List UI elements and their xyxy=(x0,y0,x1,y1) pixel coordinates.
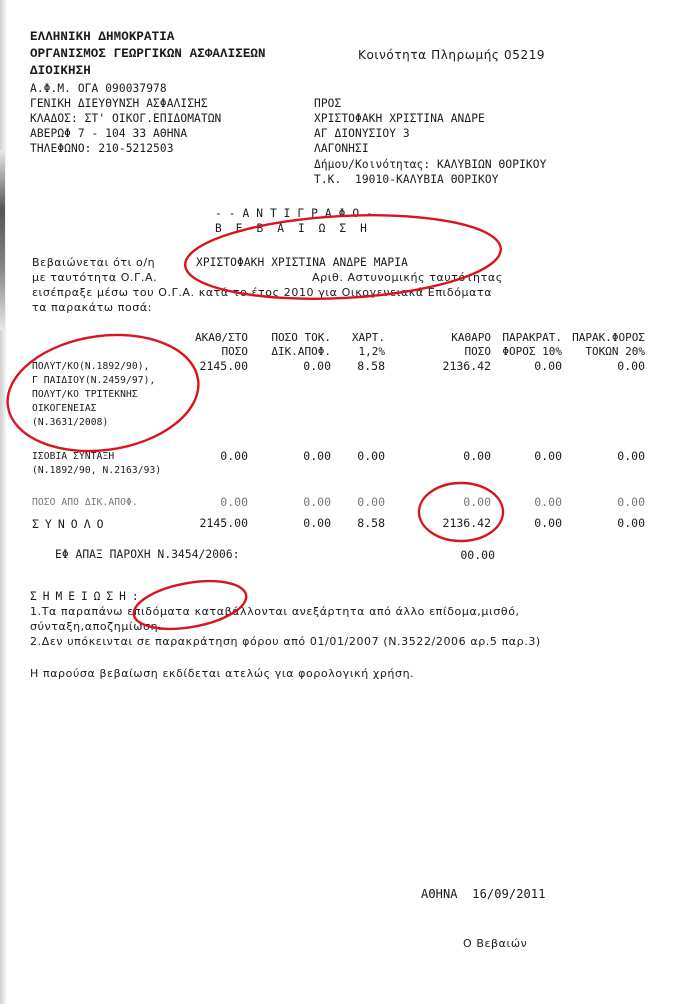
column-header: 1,2% xyxy=(295,345,385,359)
note-2: 2.Δεν υπόκεινται σε παρακράτηση φόρου απ… xyxy=(30,635,541,649)
row-label: ΟΙΚΟΓΕΝΕΙΑΣ xyxy=(32,402,97,416)
recipient-to-label: ΠΡΟΣ xyxy=(314,97,341,111)
lump-sum-value: 00.00 xyxy=(400,548,495,562)
column-header: ΠΟΣΟ xyxy=(158,345,248,359)
recipient-name: ΧΡΙΣΤΟΦΑΚΗ ΧΡΙΣΤΙΝΑ ΑΝΔΡΕ xyxy=(314,112,485,126)
signatory: Ο Βεβαιών xyxy=(463,937,527,951)
row-label: (Ν.3631/2008) xyxy=(32,416,108,430)
note-1: 1.Τα παραπάνω επιδόματα καταβάλλονται αν… xyxy=(30,605,520,619)
column-header: ΑΚΑΘ/ΣΤΟ xyxy=(158,331,248,345)
cell-value: 0.00 xyxy=(555,359,645,373)
beneficiary-name: ΧΡΙΣΤΟΦΑΚΗ ΧΡΙΣΤΙΝΑ ΑΝΔΡΕ ΜΑΡΙΑ xyxy=(196,256,408,270)
column-header: ΧΑΡΤ. xyxy=(295,331,385,345)
cell-value: 8.58 xyxy=(295,516,385,530)
cell-value: 2145.00 xyxy=(158,359,248,373)
cell-value: 0.00 xyxy=(158,495,248,509)
body-amounts-intro: τα παρακάτω ποσά: xyxy=(32,301,152,315)
recipient-postal: Τ.Κ. 19010-ΚΑΛΥΒΙΑ ΘΟΡΙΚΟΥ xyxy=(314,173,499,187)
sender-country: ΕΛΛΗΝΙΚΗ ΔΗΜΟΚΡΑΤΙΑ xyxy=(30,30,174,44)
certificate-title: ΒΕΒΑΙΩΣΗ xyxy=(215,222,381,236)
cell-value: 0.00 xyxy=(158,449,248,463)
cell-value: 8.58 xyxy=(295,359,385,373)
row-label: (Ν.1892/90, Ν.2163/93) xyxy=(32,464,161,478)
cell-value: 0.00 xyxy=(295,449,385,463)
cell-value: 0.00 xyxy=(472,516,562,530)
sender-afm: Α.Φ.Μ. ΟΓΑ 090037978 xyxy=(30,82,167,96)
column-header: ΤΟΚΩΝ 20% xyxy=(555,345,645,359)
place-date: ΑΘΗΝΑ 16/09/2011 xyxy=(421,887,546,901)
row-label: ΙΣΟΒΙΑ ΣΥΝΤΑΞΗ xyxy=(32,450,114,464)
column-header: ΠΑΡΑΚΡΑΤ. xyxy=(472,331,562,345)
sender-address: ΑΒΕΡΩΦ 7 - 104 33 ΑΘΗΝΑ xyxy=(30,127,187,141)
row-label: ΠΟΛΥΤ/ΚΟ ΤΡΙΤΕΚΝΗΣ xyxy=(32,388,138,402)
payment-community: Κοινότητα Πληρωμής 05219 xyxy=(358,48,545,62)
row-label: ΣΥΝΟΛΟ xyxy=(32,517,110,531)
lump-sum-label: ΕΦ ΑΠΑΞ ΠΑΡΟΧΗ Ν.3454/2006: xyxy=(55,548,240,562)
cell-value: 0.00 xyxy=(555,495,645,509)
row-label: Γ ΠΑΙΔΙΟΥ(Ν.2459/97), xyxy=(32,374,155,388)
cell-value: 2145.00 xyxy=(158,516,248,530)
ellipse-net-total xyxy=(419,483,503,541)
cell-value: 0.00 xyxy=(472,495,562,509)
tax-use-statement: Η παρούσα βεβαίωση εκδίδεται ατελώς για … xyxy=(30,667,414,681)
sender-division: ΓΕΝΙΚΗ ΔΙΕΥΘΥΝΣΗ ΑΣΦΑΛΙΣΗΣ xyxy=(30,97,208,111)
body-received: εισέπραξε μέσω του Ο.Γ.Α. κατά το έτος 2… xyxy=(32,286,492,300)
body-oga-id: με ταυτότητα Ο.Γ.Α. xyxy=(32,271,157,285)
sender-phone: ΤΗΛΕΦΩΝΟ: 210-5212503 xyxy=(30,142,174,156)
recipient-street: ΑΓ ΔΙΟΝΥΣΙΟΥ 3 xyxy=(314,127,410,141)
row-label: ΠΟΛΥΤ/ΚΟ(Ν.1892/90), xyxy=(32,360,150,374)
recipient-municipality: Δήμου/Κοινότητας: ΚΑΛΥΒΙΩΝ ΘΟΡΙΚΟΥ xyxy=(314,158,546,172)
cell-value: 0.00 xyxy=(472,359,562,373)
row-label: ΠΟΣΟ ΑΠΟ ΔΙΚ.ΑΠΟΦ. xyxy=(32,496,138,510)
cell-value: 0.00 xyxy=(472,449,562,463)
body-prefix: Βεβαιώνεται ότι ο/η xyxy=(32,256,155,270)
sender-administration: ΔΙΟΙΚΗΣΗ xyxy=(30,64,91,78)
body-police-id: Αριθ. Αστυνομικής ταυτότητας xyxy=(312,271,503,285)
cell-value: 0.00 xyxy=(295,495,385,509)
note-1-continued: σύνταξη,αποζημίωση. xyxy=(30,620,162,634)
copy-stamp: --ΑΝΤΙΓΡΑΦΟ- xyxy=(215,207,380,221)
column-header: ΠΑΡΑΚ.ΦΟΡΟΣ xyxy=(555,331,645,345)
notes-heading: ΣΗΜΕΙΩΣΗ: xyxy=(30,590,145,604)
column-header: ΦΟΡΟΣ 10% xyxy=(472,345,562,359)
sender-organization: ΟΡΓΑΝΙΣΜΟΣ ΓΕΩΡΓΙΚΩΝ ΑΣΦΑΛΙΣΕΩΝ xyxy=(30,47,266,61)
sender-branch: ΚΛΑΔΟΣ: ΣΤ' ΟΙΚΟΓ.ΕΠΙΔΟΜΑΤΩΝ xyxy=(30,112,221,126)
scan-edge-shadow xyxy=(0,0,6,1004)
cell-value: 0.00 xyxy=(555,449,645,463)
cell-value: 0.00 xyxy=(555,516,645,530)
recipient-area: ΛΑΓΟΝΗΣΙ xyxy=(314,142,369,156)
